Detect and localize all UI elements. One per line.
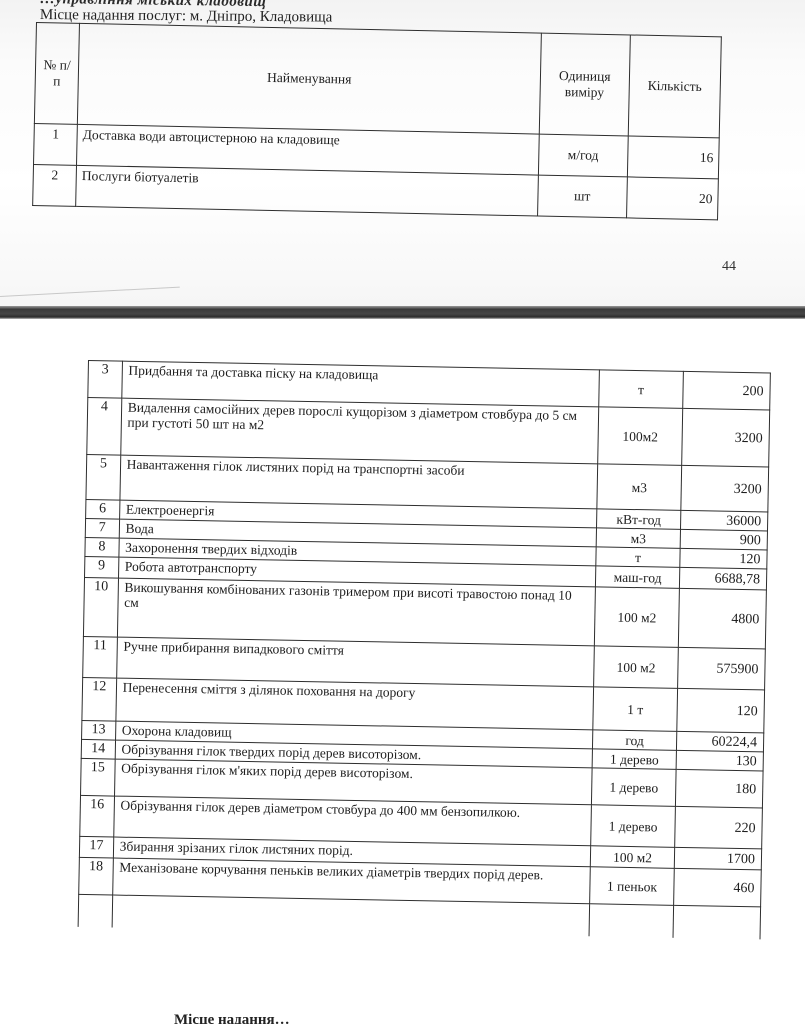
row-qty: 900 [680,529,767,550]
row-num: 11 [83,636,117,678]
row-unit: 1 дерево [592,749,677,770]
header-unit: Одиниця виміру [539,33,630,136]
row-qty: 4800 [679,588,767,649]
row-qty: 16 [627,136,719,179]
row-qty: 1700 [675,847,762,870]
row-num: 17 [79,836,113,858]
row-unit: 100 м2 [590,846,675,869]
row-num: 6 [86,499,120,519]
row-qty: 3200 [681,465,768,512]
row-qty: 130 [676,750,763,771]
bottom-cut-text: Місце надання… [174,1012,290,1024]
row-unit: 1 дерево [590,805,675,848]
services-table-page-2: 3Придбання та доставка піску на кладовищ… [78,360,771,939]
row-num: 3 [88,361,122,399]
row-num: 5 [86,454,120,500]
row-num: 14 [81,739,115,759]
row-qty: 60224,4 [677,731,764,752]
row-qty: 3200 [682,408,770,467]
row-num: 13 [82,720,116,740]
row-unit: т [596,547,681,568]
row-unit: м3 [597,464,682,511]
row-num: 12 [82,677,116,721]
document-page-2: 3Придбання та доставка піску на кладовищ… [0,319,805,1024]
row-qty: 6688,78 [680,567,767,590]
row-unit: т [598,370,683,409]
row-num: 4 [87,398,122,456]
row-qty: 200 [683,371,770,410]
row-num: 16 [80,795,114,837]
table-header-row: № п/п Найменування Одиниця виміру Кількі… [34,23,721,138]
row-qty: 36000 [681,510,768,531]
row-unit: 1 дерево [591,768,676,807]
row-qty: 20 [626,177,718,220]
row-unit: шт [537,175,627,218]
row-unit: м/год [538,134,628,177]
row-num: 15 [81,758,115,796]
row-num: 1 [34,123,78,165]
empty-cell [78,894,112,927]
empty-cell [589,904,674,938]
page-divider [0,306,805,319]
row-num: 7 [85,518,119,538]
paper-curl-line [0,287,180,297]
row-qty: 180 [676,769,763,808]
row-num: 10 [83,577,118,637]
row-num: 8 [85,537,119,557]
row-unit: м3 [596,528,681,549]
page-number: 44 [722,259,736,275]
row-qty: 220 [675,806,762,849]
row-num: 18 [79,857,113,895]
row-unit: 1 т [593,687,678,732]
row-num: 2 [33,164,77,206]
row-qty: 460 [674,868,761,907]
row-unit: маш-год [595,566,680,589]
row-name: Видалення самосійних дерев порослі кущор… [120,398,598,464]
row-unit: год [592,730,677,751]
row-unit: кВт-год [596,509,681,530]
row-name: Викошування комбінованих газонів тримеро… [117,578,595,646]
row-qty: 575900 [678,647,765,690]
row-qty: 120 [680,548,767,569]
row-unit: 100м2 [597,407,683,466]
services-table-page-1: № п/п Найменування Одиниця виміру Кількі… [32,22,722,220]
header-qty: Кількість [628,35,721,138]
empty-cell [673,905,760,939]
row-name: Послуги біотуалетів [76,165,538,216]
header-num: № п/п [34,23,79,125]
row-unit: 100 м2 [593,646,678,689]
row-num: 9 [85,556,119,578]
row-unit: 1 пеньок [589,867,674,906]
document-page-1: …управління міських кладовищ Місце надан… [0,0,805,306]
header-name: Найменування [77,23,541,134]
row-unit: 100 м2 [594,587,680,648]
row-qty: 120 [677,688,764,733]
